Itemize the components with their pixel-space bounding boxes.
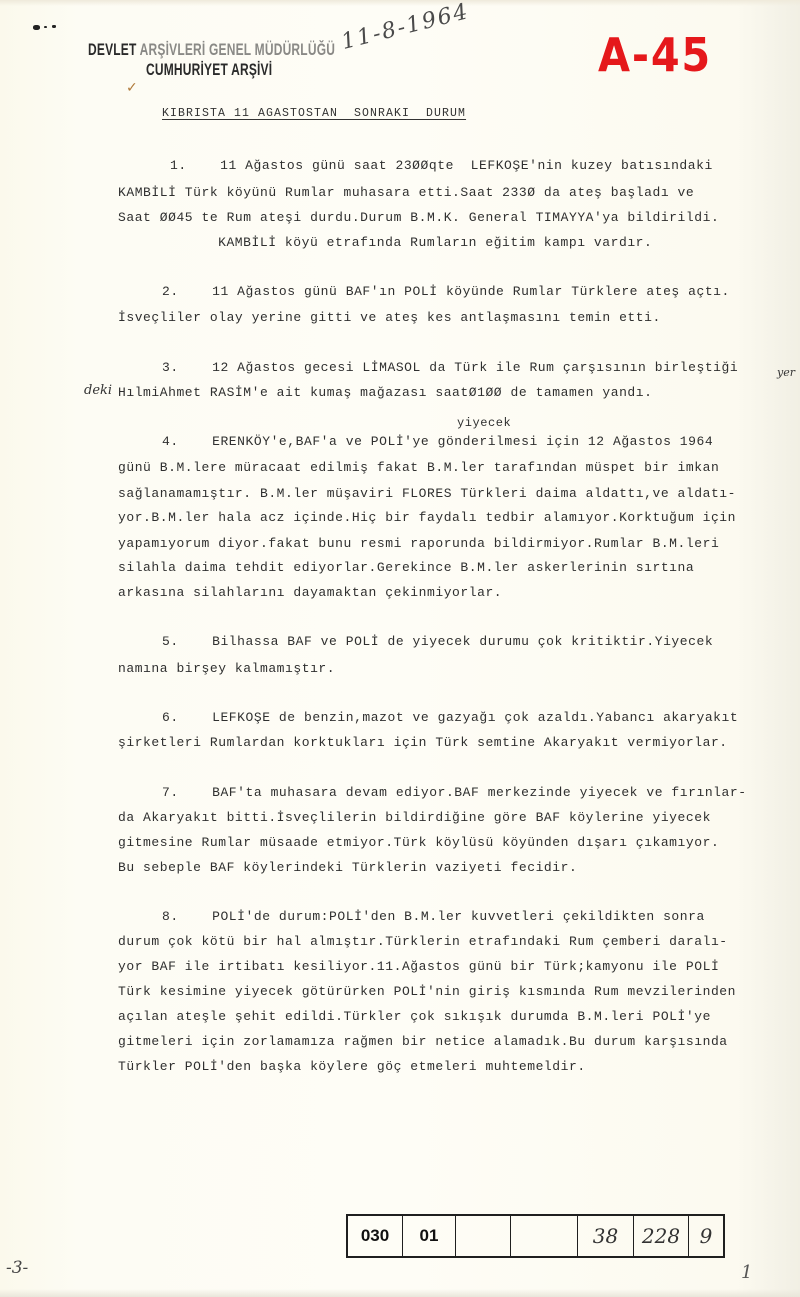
page-edge-bottom (0, 1289, 800, 1297)
red-reference-mark: A-45 (598, 28, 712, 82)
stamp-line1-a: DEVLET (88, 40, 140, 59)
stamp-line2: CUMHURİYET ARŞİVİ (146, 60, 328, 79)
ref-cell-item: 9 (689, 1216, 723, 1256)
archive-reference-box: 030 01 38 228 9 (346, 1214, 725, 1258)
paragraph-8-line-1: 8. POLİ'de durum:POLİ'den B.M.ler kuvvet… (162, 909, 705, 924)
paragraph-8-line-3: yor BAF ile irtibatı kesiliyor.11.Ağasto… (118, 959, 719, 974)
paragraph-8-line-7: Türkler POLİ'den başka köylere göç etmel… (118, 1059, 586, 1074)
paragraph-6-line-1: 6. LEFKOŞE de benzin,mazot ve gazyağı ço… (162, 710, 738, 725)
paragraph-2-line-2: İsveçliler olay yerine gitti ve ateş kes… (118, 310, 661, 325)
paragraph-7-line-3: gitmesine Rumlar müsaade etmiyor.Türk kö… (118, 835, 719, 850)
paragraph-8-line-6: gitmeleri için zorlamamıza rağmen bir ne… (118, 1034, 728, 1049)
ref-cell-folder: 228 (634, 1216, 689, 1256)
paragraph-5-line-2: namına birşey kalmamıştır. (118, 661, 335, 676)
page-edge-top (0, 0, 800, 6)
paragraph-2-line-1: 2. 11 Ağastos günü BAF'ın POLİ köyünde R… (162, 284, 730, 299)
ink-speck (44, 26, 47, 28)
document-title: KIBRISTA 11 AGASTOSTAN SONRAKI DURUM (162, 107, 466, 120)
stamp-line1-b: ARŞİVLERİ GENEL MÜDÜRLÜĞÜ (140, 40, 335, 59)
paragraph-7-line-2: da Akaryakıt bitti.İsveçlilerin bildirdi… (118, 810, 711, 825)
paragraph-1-line-4: KAMBİLİ köyü etrafında Rumların eğitim k… (168, 235, 652, 250)
handwritten-tick-icon: ✓ (126, 80, 138, 96)
paragraph-3-line-1: 3. 12 Ağastos gecesi LİMASOL da Türk ile… (162, 360, 738, 375)
paragraph-6-line-2: şirketleri Rumlardan korktukları için Tü… (118, 735, 728, 750)
document-page: DEVLET ARŞİVLERİ GENEL MÜDÜRLÜĞÜ CUMHURİ… (0, 0, 800, 1297)
page-marker-left: -3- (6, 1258, 28, 1278)
archive-stamp: DEVLET ARŞİVLERİ GENEL MÜDÜRLÜĞÜ CUMHURİ… (88, 40, 328, 79)
ink-speck (33, 25, 40, 30)
ink-speck (52, 25, 56, 28)
paragraph-1-line-2: KAMBİLİ Türk köyünü Rumlar muhasara etti… (118, 185, 694, 200)
paragraph-1-line-1: 1. 11 Ağastos günü saat 23ØØqte LEFKOŞE'… (170, 158, 713, 173)
paragraph-8-line-4: Türk kesimine yiyecek götürürken POLİ'ni… (118, 984, 736, 999)
paragraph-3-line-2: HılmiAhmet RASİM'e ait kumaş mağazası sa… (118, 385, 652, 400)
paragraph-4-line-1: 4. ERENKÖY'e,BAF'a ve POLİ'ye gönderilme… (162, 434, 713, 449)
paragraph-4-line-5: yapamıyorum diyor.fakat bunu resmi rapor… (118, 536, 719, 551)
paragraph-8-line-2: durum çok kötü bir hal almıştır.Türkleri… (118, 934, 728, 949)
paragraph-8-line-5: açılan ateşle şehit edildi.Türkler çok s… (118, 1009, 711, 1024)
paragraph-4-line-3: sağlanamamıştır. B.M.ler müşaviri FLORES… (118, 486, 736, 501)
paragraph-4-line-2: günü B.M.lere müracaat edilmiş fakat B.M… (118, 460, 719, 475)
paragraph-7-line-1: 7. BAF'ta muhasara devam ediyor.BAF merk… (162, 785, 747, 800)
margin-note-right: yer (777, 366, 795, 379)
ref-cell-empty-2 (511, 1216, 578, 1256)
paragraph-5-line-1: 5. Bilhassa BAF ve POLİ de yiyecek durum… (162, 634, 713, 649)
ref-cell-series: 01 (403, 1216, 456, 1256)
paragraph-7-line-4: Bu sebeple BAF köylerindeki Türklerin va… (118, 860, 577, 875)
paragraph-4-insertion: yiyecek (457, 416, 511, 430)
paragraph-4-line-7: arkasına silahlarını dayamaktan çekinmiy… (118, 585, 502, 600)
ref-cell-empty-1 (456, 1216, 511, 1256)
handwritten-date: 11-8-1964 (339, 0, 472, 55)
page-marker-right: 1 (741, 1262, 752, 1283)
ref-cell-box: 38 (578, 1216, 634, 1256)
paragraph-1-line-3: Saat ØØ45 te Rum ateşi durdu.Durum B.M.K… (118, 210, 719, 225)
ref-cell-fond: 030 (348, 1216, 403, 1256)
paragraph-4-line-6: silahla daima tehdit ediyorlar.Gerekince… (118, 560, 694, 575)
paragraph-4-line-4: yor.B.M.ler hala acz içinde.Hiç bir fayd… (118, 510, 736, 525)
margin-note-left: deki (84, 383, 112, 398)
